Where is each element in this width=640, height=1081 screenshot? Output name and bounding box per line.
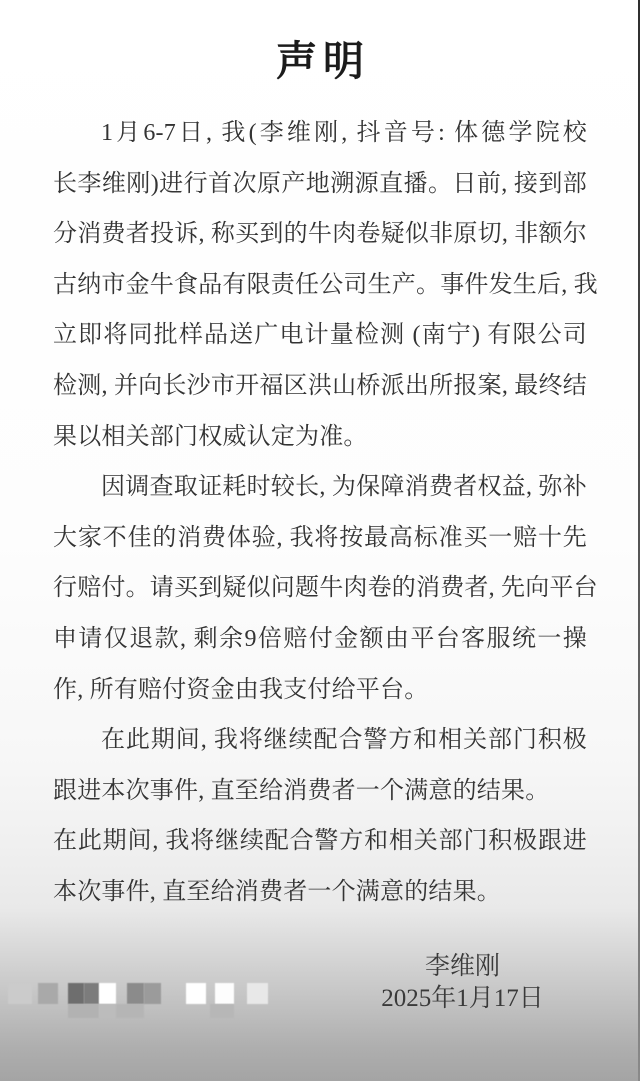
mosaic-block (215, 983, 234, 1004)
signature-date: 2025年1月17日 (340, 983, 585, 1015)
statement-line: 在此期间, 我将继续配合警方和相关部门积极跟进 (53, 816, 587, 867)
statement-line: 大家不佳的消费体验, 我将按最高标准买一赔十先 (53, 513, 587, 564)
mosaic-block (38, 983, 58, 1004)
statement-line: 古纳市金牛食品有限责任公司生产。事件发生后, 我 (53, 260, 587, 311)
mosaic-block (8, 983, 32, 1004)
mosaic-block (68, 1004, 99, 1018)
signature-block: 李维刚 2025年1月17日 (340, 951, 585, 1015)
mosaic-block (68, 983, 84, 1004)
statement-line: 长李维刚)进行首次原产地溯源直播。日前, 接到部 (53, 159, 587, 210)
statement-line: 作, 所有赔付资金由我支付给平台。 (53, 665, 587, 716)
mosaic-block (99, 1004, 116, 1018)
mosaic-block (127, 983, 144, 1004)
mosaic-block (186, 983, 206, 1004)
mosaic-block (116, 1004, 144, 1018)
mosaic-block (247, 983, 268, 1004)
signature-name: 李维刚 (340, 951, 585, 983)
mosaic-block (210, 1004, 234, 1018)
statement-line: 行赔付。请买到疑似问题牛肉卷的消费者, 先向平台 (53, 563, 587, 614)
statement-line: 本次事件, 直至给消费者一个满意的结果。 (53, 867, 587, 918)
statement-line: 立即将同批样品送广电计量检测 (南宁) 有限公司 (53, 310, 587, 361)
statement-line: 申请仅退款, 剩余9倍赔付金额由平台客服统一操 (53, 614, 587, 665)
mosaic-block (144, 983, 161, 1004)
statement-line: 因调查取证耗时较长, 为保障消费者权益, 弥补 (53, 462, 587, 513)
statement-line: 在此期间, 我将继续配合警方和相关部门积极 (53, 715, 587, 766)
mosaic-block (84, 983, 99, 1004)
statement-line: 1月6-7日, 我(李维刚, 抖音号: 体德学院校 (53, 108, 587, 159)
statement-page: 声明 1月6-7日, 我(李维刚, 抖音号: 体德学院校长李维刚)进行首次原产地… (0, 0, 640, 1081)
statement-line: 跟进本次事件, 直至给消费者一个满意的结果。 (53, 766, 587, 817)
statement-body: 1月6-7日, 我(李维刚, 抖音号: 体德学院校长李维刚)进行首次原产地溯源直… (53, 108, 587, 918)
mosaic-block (99, 983, 116, 1004)
statement-title: 声明 (0, 28, 640, 87)
statement-line: 分消费者投诉, 称买到的牛肉卷疑似非原切, 非额尔 (53, 209, 587, 260)
statement-line: 果以相关部门权威认定为准。 (53, 412, 587, 463)
statement-line: 检测, 并向长沙市开福区洪山桥派出所报案, 最终结 (53, 361, 587, 412)
